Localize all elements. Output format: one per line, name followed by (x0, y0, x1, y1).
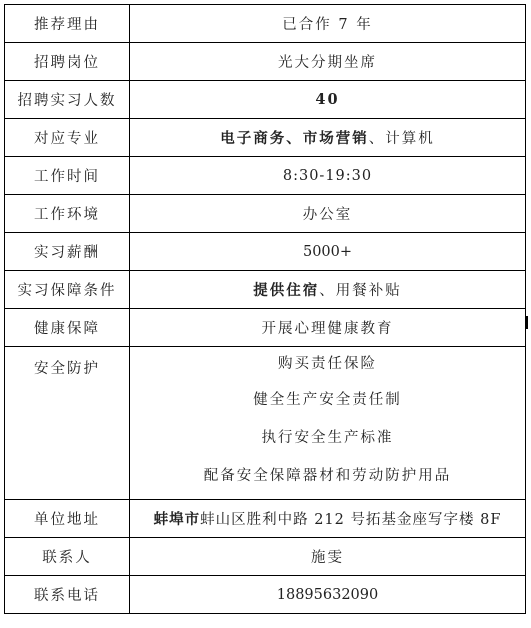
table-row: 工作时间 8:30-19:30 (5, 157, 526, 195)
row-label: 单位地址 (5, 500, 130, 538)
table-row: 安全防护 购买责任保险 健全生产安全责任制 执行安全生产标准 配备安全保障器材和… (5, 347, 526, 500)
row-label: 招聘岗位 (5, 43, 130, 81)
table-row: 实习保障条件 提供住宿、用餐补贴 (5, 271, 526, 309)
row-value: 提供住宿、用餐补贴 (130, 271, 526, 309)
row-value: 已合作 7 年 (130, 5, 526, 43)
other-majors: 、计算机 (369, 131, 435, 147)
safety-line: 执行安全生产标准 (130, 419, 525, 457)
other-benefit: 、用餐补贴 (319, 283, 402, 299)
table-row: 单位地址 蚌埠市蚌山区胜利中路 212 号拓基金座写字楼 8F (5, 500, 526, 538)
row-label: 推荐理由 (5, 5, 130, 43)
safety-line: 健全生产安全责任制 (130, 381, 525, 419)
bold-benefit: 提供住宿 (253, 282, 319, 299)
row-value: 蚌埠市蚌山区胜利中路 212 号拓基金座写字楼 8F (130, 500, 526, 538)
row-label: 实习薪酬 (5, 233, 130, 271)
row-value: 8:30-19:30 (130, 157, 526, 195)
row-label: 实习保障条件 (5, 271, 130, 309)
row-label: 工作环境 (5, 195, 130, 233)
text-cursor-icon (526, 316, 528, 329)
row-value: 开展心理健康教育 (130, 309, 526, 347)
row-label: 对应专业 (5, 119, 130, 157)
row-label: 联系电话 (5, 576, 130, 614)
row-value: 购买责任保险 健全生产安全责任制 执行安全生产标准 配备安全保障器材和劳动防护用… (130, 347, 526, 500)
row-label: 工作时间 (5, 157, 130, 195)
row-value: 18895632090 (130, 576, 526, 614)
row-value: 电子商务、市场营销、计算机 (130, 119, 526, 157)
bold-city: 蚌埠市 (154, 511, 201, 528)
table-row: 对应专业 电子商务、市场营销、计算机 (5, 119, 526, 157)
table-row: 联系电话 18895632090 (5, 576, 526, 614)
table-row: 招聘实习人数 40 (5, 81, 526, 119)
row-label: 安全防护 (5, 347, 130, 500)
table-row: 实习薪酬 5000+ (5, 233, 526, 271)
intern-count: 40 (315, 91, 339, 108)
table-row: 工作环境 办公室 (5, 195, 526, 233)
safety-line: 购买责任保险 (130, 353, 525, 381)
row-label: 健康保障 (5, 309, 130, 347)
table-row: 健康保障 开展心理健康教育 (5, 309, 526, 347)
bold-majors: 电子商务、市场营销 (220, 130, 369, 147)
address-rest: 蚌山区胜利中路 212 号拓基金座写字楼 8F (200, 512, 501, 528)
table-row: 招聘岗位 光大分期坐席 (5, 43, 526, 81)
internship-info-table: 推荐理由 已合作 7 年 招聘岗位 光大分期坐席 招聘实习人数 40 对应专业 … (4, 4, 526, 614)
row-label: 联系人 (5, 538, 130, 576)
row-label: 招聘实习人数 (5, 81, 130, 119)
table-row: 推荐理由 已合作 7 年 (5, 5, 526, 43)
safety-line: 配备安全保障器材和劳动防护用品 (130, 457, 525, 495)
row-value: 5000+ (130, 233, 526, 271)
row-value: 办公室 (130, 195, 526, 233)
row-value: 40 (130, 81, 526, 119)
table-row: 联系人 施雯 (5, 538, 526, 576)
row-value: 光大分期坐席 (130, 43, 526, 81)
row-value: 施雯 (130, 538, 526, 576)
